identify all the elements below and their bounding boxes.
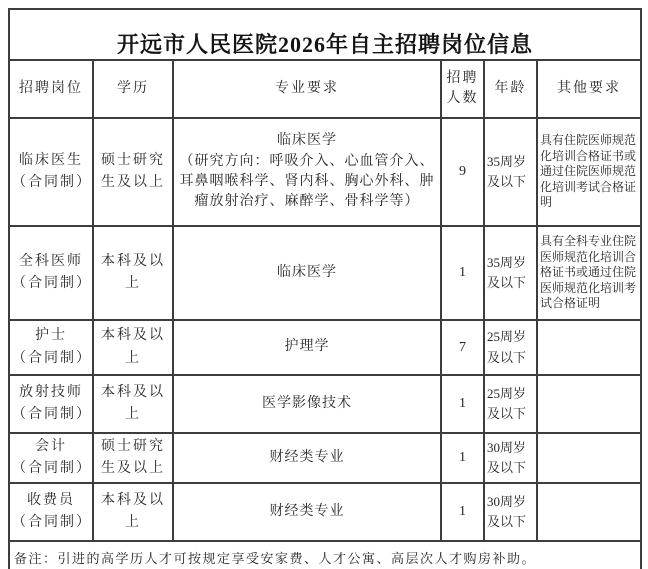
column-header-age: 年龄: [484, 60, 537, 118]
count-cell: 1: [441, 433, 484, 483]
page: { "title": "开远市人民医院2026年自主招聘岗位信息", "tabl…: [0, 0, 648, 569]
table-row-radiology-technician: 放射技师 （合同制） 本科及以 上 医学影像技术 1 25周岁 及以下: [9, 375, 641, 433]
count-cell: 1: [441, 375, 484, 433]
education-cell: 硕士研究 生及以上: [93, 433, 173, 483]
age-cell: 25周岁 及以下: [484, 320, 537, 375]
count-cell: 7: [441, 320, 484, 375]
major-cell: 财经类专业: [173, 483, 441, 541]
table-row-clinical-doctor: 临床医生 （合同制） 硕士研究 生及以上 临床医学 （研究方向：呼吸介入、心血管…: [9, 118, 641, 226]
education-cell: 硕士研究 生及以上: [93, 118, 173, 226]
major-cell: 医学影像技术: [173, 375, 441, 433]
other-req-cell: 具有全科专业住院医师规范化培训合格证书或通过住院医师规范化培训考试合格证明: [537, 226, 641, 320]
age-cell: 35周岁 及以下: [484, 118, 537, 226]
column-header-other: 其他要求: [537, 60, 641, 118]
age-cell: 25周岁 及以下: [484, 375, 537, 433]
education-cell: 本科及以 上: [93, 226, 173, 320]
other-req-cell: [537, 433, 641, 483]
recruitment-info-sheet: 开远市人民医院2026年自主招聘岗位信息 招聘岗位 学历 专业要求 招聘 人数 …: [8, 8, 640, 569]
position-cell: 放射技师 （合同制）: [9, 375, 93, 433]
education-cell: 本科及以 上: [93, 483, 173, 541]
position-cell: 护士 （合同制）: [9, 320, 93, 375]
position-cell: 收费员 （合同制）: [9, 483, 93, 541]
count-cell: 9: [441, 118, 484, 226]
table-row-accountant: 会计 （合同制） 硕士研究 生及以上 财经类专业 1 30周岁 及以下: [9, 433, 641, 483]
age-cell: 30周岁 及以下: [484, 433, 537, 483]
remark-row: 备注：引进的高学历人才可按规定享受安家费、人才公寓、高层次人才购房补助。: [9, 541, 641, 569]
position-cell: 全科医师 （合同制）: [9, 226, 93, 320]
position-cell: 临床医生 （合同制）: [9, 118, 93, 226]
major-cell: 临床医学 （研究方向：呼吸介入、心血管介入、 耳鼻咽喉科学、肾内科、胸心外科、肿…: [173, 118, 441, 226]
remark-text: 备注：引进的高学历人才可按规定享受安家费、人才公寓、高层次人才购房补助。: [9, 541, 641, 569]
age-cell: 30周岁 及以下: [484, 483, 537, 541]
major-cell: 临床医学: [173, 226, 441, 320]
table-header-row: 招聘岗位 学历 专业要求 招聘 人数 年龄 其他要求: [9, 60, 641, 118]
page-title: 开远市人民医院2026年自主招聘岗位信息: [117, 32, 533, 57]
major-cell: 护理学: [173, 320, 441, 375]
major-cell: 财经类专业: [173, 433, 441, 483]
recruitment-table: 开远市人民医院2026年自主招聘岗位信息 招聘岗位 学历 专业要求 招聘 人数 …: [8, 8, 642, 569]
age-cell: 35周岁 及以下: [484, 226, 537, 320]
column-header-education: 学历: [93, 60, 173, 118]
table-row-toll-collector: 收费员 （合同制） 本科及以 上 财经类专业 1 30周岁 及以下: [9, 483, 641, 541]
other-req-cell: [537, 483, 641, 541]
column-header-count: 招聘 人数: [441, 60, 484, 118]
position-cell: 会计 （合同制）: [9, 433, 93, 483]
education-cell: 本科及以 上: [93, 375, 173, 433]
column-header-major: 专业要求: [173, 60, 441, 118]
column-header-position: 招聘岗位: [9, 60, 93, 118]
count-cell: 1: [441, 483, 484, 541]
other-req-cell: [537, 375, 641, 433]
table-row-general-practitioner: 全科医师 （合同制） 本科及以 上 临床医学 1 35周岁 及以下 具有全科专业…: [9, 226, 641, 320]
education-cell: 本科及以 上: [93, 320, 173, 375]
title-row: 开远市人民医院2026年自主招聘岗位信息: [9, 9, 641, 60]
other-req-cell: 具有住院医师规范化培训合格证书或通过住院医师规范化培训考试合格证明: [537, 118, 641, 226]
table-row-nurse: 护士 （合同制） 本科及以 上 护理学 7 25周岁 及以下: [9, 320, 641, 375]
count-cell: 1: [441, 226, 484, 320]
other-req-cell: [537, 320, 641, 375]
